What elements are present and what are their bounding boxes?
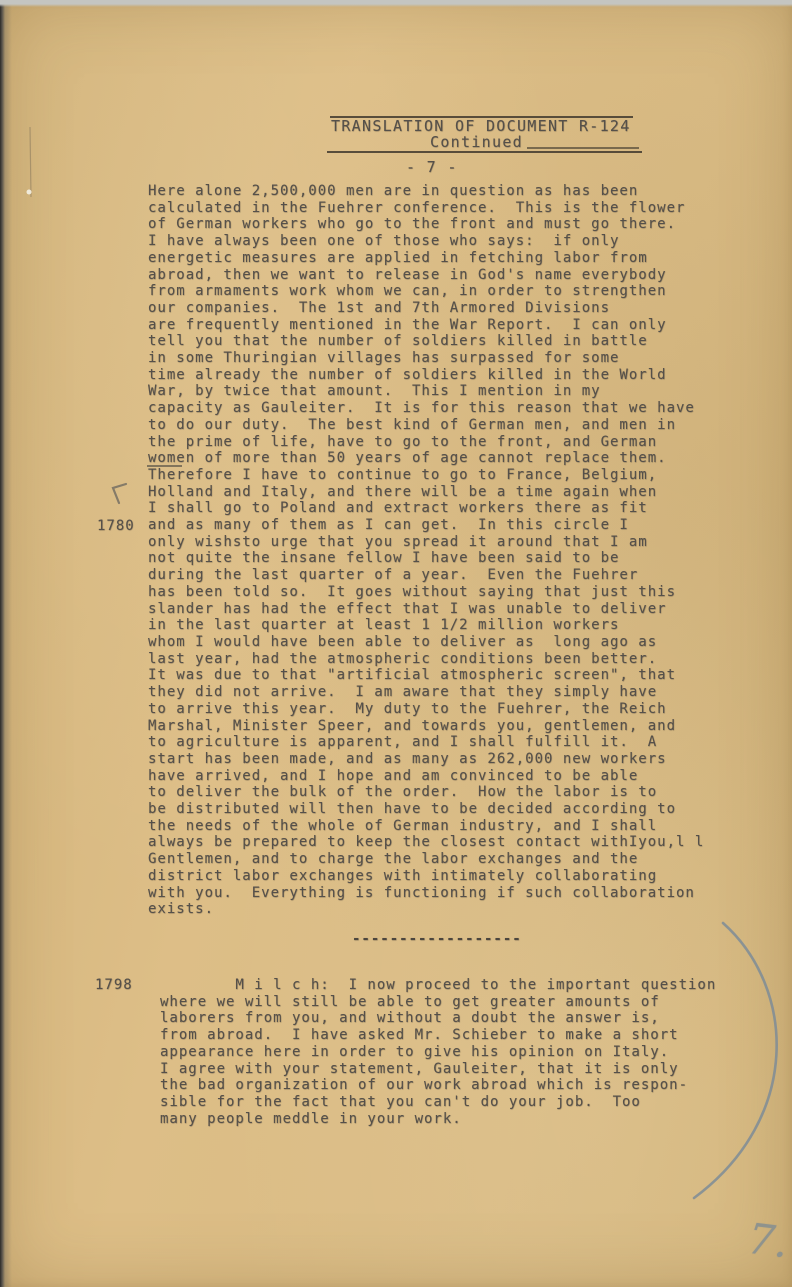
- milch-paragraph: M i l c h: I now proceed to the importan…: [160, 977, 716, 1127]
- header-title: TRANSLATION OF DOCUMENT R-124: [331, 118, 631, 134]
- margin-number-upper: 1780: [97, 518, 135, 535]
- scan-edge-top: [0, 0, 792, 7]
- header-subtitle: Continued: [430, 134, 523, 150]
- scan-edge-left: [0, 0, 12, 1287]
- margin-number-lower: 1798: [95, 977, 133, 994]
- typed-page-number: - 7 -: [406, 158, 458, 176]
- typed-separator: ------------------: [352, 931, 522, 947]
- header-rule-mid: [527, 147, 639, 149]
- typed-body-text: Here alone 2,500,000 men are in question…: [148, 183, 704, 918]
- header-rule-bottom: [327, 151, 642, 153]
- handwritten-page-number: 7.: [745, 1214, 791, 1268]
